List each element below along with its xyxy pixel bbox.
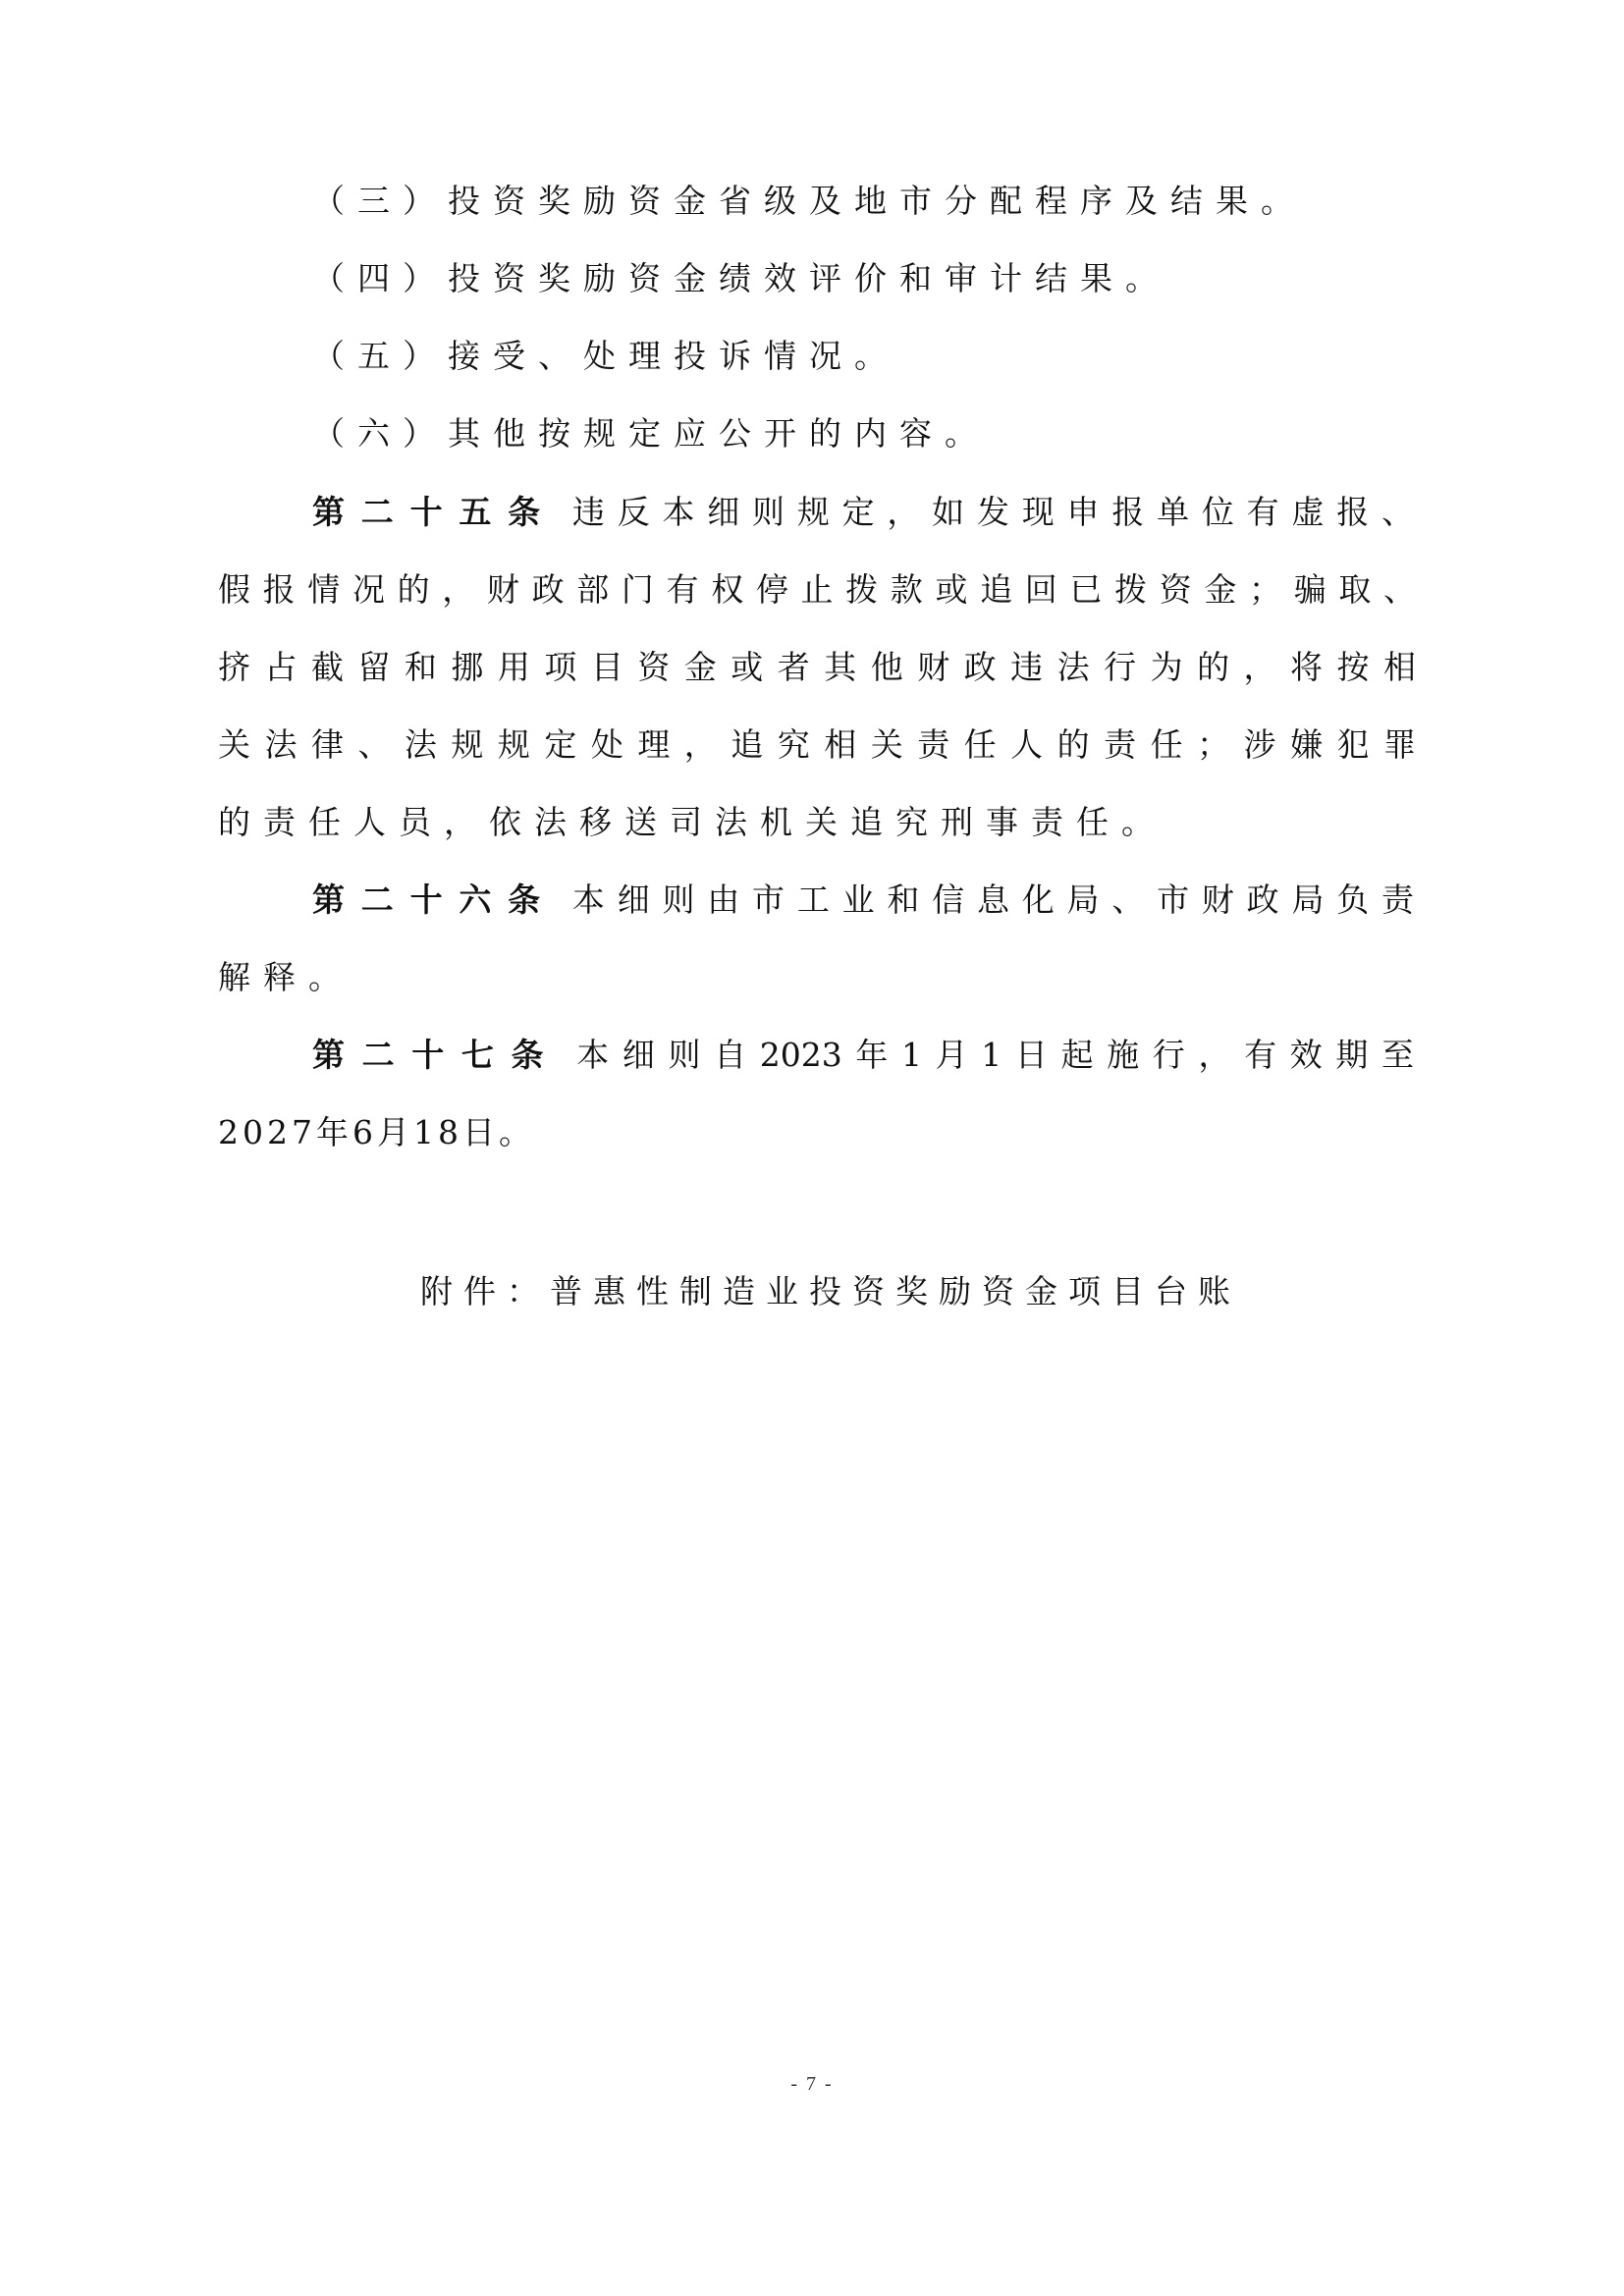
article-text: 违反本细则规定，如发现申报单位有虚报、 — [572, 493, 1414, 531]
article-title: 第二十七条 — [312, 1036, 561, 1074]
article-25-line: 关法律、法规规定处理，追究相关责任人的责任；涉嫌犯罪 — [218, 725, 1416, 765]
article-25-line: 挤占截留和挪用项目资金或者其他财政违法行为的，将按相 — [218, 648, 1416, 687]
list-item-4: （四）投资奖励资金绩效评价和审计结果。 — [312, 259, 1510, 298]
article-27-line: 2027年6月18日。 — [218, 1113, 1416, 1152]
page-number: - 7 - — [0, 2073, 1624, 2096]
article-text: 本细则由市工业和信息化局、市财政局负责 — [572, 881, 1414, 919]
attachment-note: 附件：普惠性制造业投资奖励资金项目台账 — [420, 1272, 1241, 1311]
article-25-line: 假报情况的，财政部门有权停止拨款或追回已拨资金；骗取、 — [218, 570, 1416, 610]
list-item-6: （六）其他按规定应公开的内容。 — [312, 414, 1510, 454]
document-page: （三）投资奖励资金省级及地市分配程序及结果。 （四）投资奖励资金绩效评价和审计结… — [0, 0, 1624, 2296]
article-title: 第二十五条 — [312, 493, 557, 531]
list-item-5: （五）接受、处理投诉情况。 — [312, 337, 1510, 376]
article-25-first-line: 第二十五条违反本细则规定，如发现申报单位有虚报、 — [312, 493, 1414, 532]
article-text: 本细则自2023年1月1日起施行，有效期至 — [576, 1036, 1414, 1074]
article-title: 第二十六条 — [312, 881, 557, 919]
article-25-line: 的责任人员，依法移送司法机关追究刑事责任。 — [218, 803, 1416, 842]
article-27-first-line: 第二十七条本细则自2023年1月1日起施行，有效期至 — [312, 1036, 1414, 1075]
article-26-first-line: 第二十六条本细则由市工业和信息化局、市财政局负责 — [312, 881, 1414, 920]
list-item-3: （三）投资奖励资金省级及地市分配程序及结果。 — [312, 182, 1510, 221]
article-26-line: 解释。 — [218, 958, 1416, 997]
